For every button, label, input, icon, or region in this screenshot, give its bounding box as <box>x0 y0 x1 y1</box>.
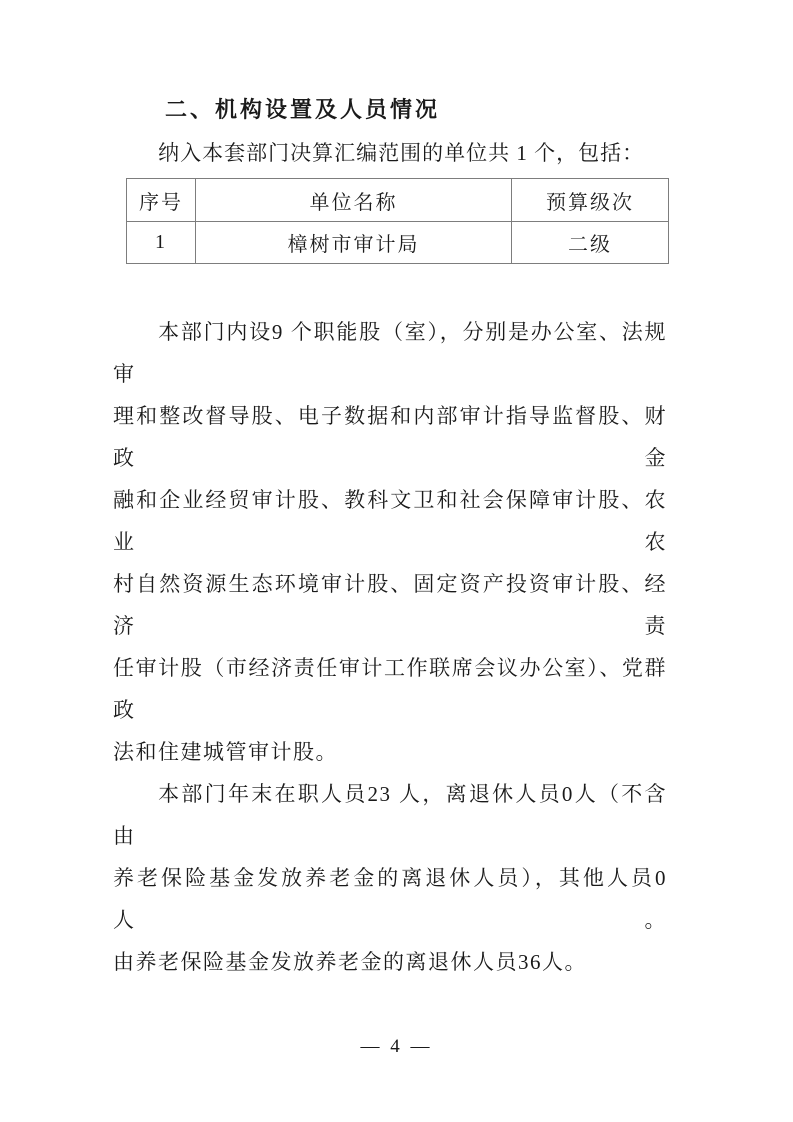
body-line: 本部门年末在职人员23 人，离退休人员0人（不含由 <box>113 773 667 857</box>
table-header-level: 预算级次 <box>512 179 669 222</box>
document-page: 二、机构设置及人员情况 纳入本套部门决算汇编范围的单位共 1 个，包括： 序号 … <box>0 0 793 1122</box>
body-line: 由养老保险基金发放养老金的离退休人员36人。 <box>113 941 667 983</box>
body-line: 法和住建城管审计股。 <box>113 731 667 773</box>
table-header-row: 序号 单位名称 预算级次 <box>127 179 669 222</box>
paragraph-org-structure: 本部门内设9 个职能股（室），分别是办公室、法规审 理和整改督导股、电子数据和内… <box>113 311 667 773</box>
page-number: — 4 — <box>0 1036 793 1058</box>
cell-seq: 1 <box>127 222 196 264</box>
body-line: 融和企业经贸审计股、教科文卫和社会保障审计股、农业农 <box>113 479 667 563</box>
body-line: 本部门内设9 个职能股（室），分别是办公室、法规审 <box>113 311 667 395</box>
paragraph-personnel: 本部门年末在职人员23 人，离退休人员0人（不含由 养老保险基金发放养老金的离退… <box>113 773 667 983</box>
units-table: 序号 单位名称 预算级次 1 樟树市审计局 二级 <box>126 178 669 264</box>
table-header-name: 单位名称 <box>196 179 512 222</box>
table-row: 1 樟树市审计局 二级 <box>127 222 669 264</box>
body-line: 村自然资源生态环境审计股、固定资产投资审计股、经济责 <box>113 563 667 647</box>
body-line: 理和整改督导股、电子数据和内部审计指导监督股、财政金 <box>113 395 667 479</box>
section-heading: 二、机构设置及人员情况 <box>165 96 440 124</box>
body-line: 任审计股（市经济责任审计工作联席会议办公室）、党群政 <box>113 647 667 731</box>
cell-level: 二级 <box>512 222 669 264</box>
body-paragraphs: 本部门内设9 个职能股（室），分别是办公室、法规审 理和整改督导股、电子数据和内… <box>113 311 667 983</box>
cell-name: 樟树市审计局 <box>196 222 512 264</box>
intro-sentence: 纳入本套部门决算汇编范围的单位共 1 个，包括： <box>113 138 669 168</box>
body-line: 养老保险基金发放养老金的离退休人员），其他人员0人。 <box>113 857 667 941</box>
table-header-seq: 序号 <box>127 179 196 222</box>
